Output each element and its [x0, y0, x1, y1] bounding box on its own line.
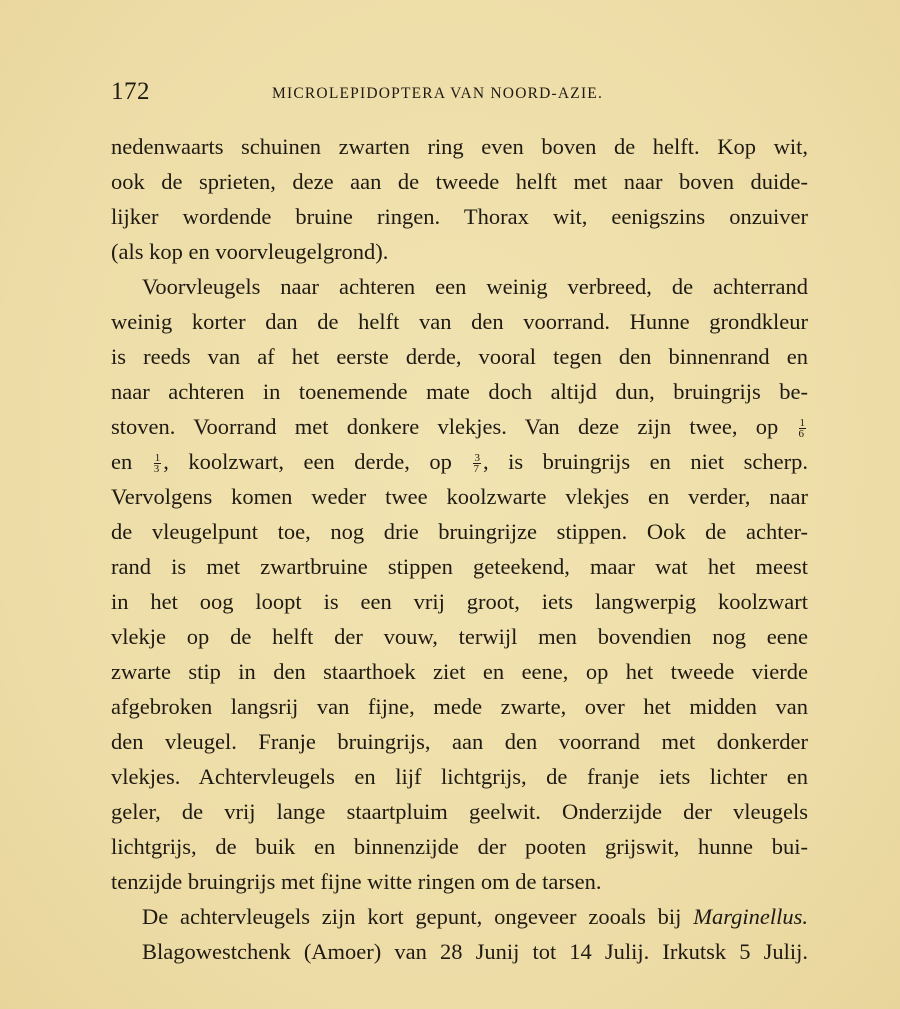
text-segment: en [111, 449, 132, 474]
fraction-denominator: 7 [473, 464, 481, 474]
text-line: De achtervleugels zijn kort gepunt, onge… [111, 899, 808, 934]
species-name: Marginellus. [693, 904, 808, 929]
text-line: naar achteren in toenemende mate doch al… [111, 374, 808, 409]
text-segment: De achtervleugels zijn kort gepunt, onge… [142, 904, 681, 929]
text-line: weinig korter dan de helft van den voorr… [111, 304, 808, 339]
running-title: MICROLEPIDOPTERA VAN NOORD-AZIE. [272, 85, 603, 103]
page-number: 172 [111, 78, 150, 106]
text-segment: , is bruingrijs en niet scherp. [483, 449, 808, 474]
fraction: 16 [799, 418, 807, 439]
fraction-denominator: 6 [799, 429, 807, 439]
text-line: zwarte stip in den staarthoek ziet en ee… [111, 654, 808, 689]
text-line: geler, de vrij lange staartpluim geelwit… [111, 794, 808, 829]
text-line-with-fractions: en 13, koolzwart, een derde, op 37, is b… [111, 444, 808, 479]
text-line: nedenwaarts schuinen zwarten ring even b… [111, 129, 808, 164]
text-line: is reeds van af het eerste derde, vooral… [111, 339, 808, 374]
fraction-denominator: 3 [154, 464, 162, 474]
text-line: Voorvleugels naar achteren een weinig ve… [111, 269, 808, 304]
fraction: 37 [473, 453, 481, 474]
text-line: in het oog loopt is een vrij groot, iets… [111, 584, 808, 619]
text-line: Vervolgens komen weder twee koolzwarte v… [111, 479, 808, 514]
locality-line: Blagowestchenk (Amoer) van 28 Junij tot … [111, 934, 808, 969]
text-line: ook de sprieten, deze aan de tweede helf… [111, 164, 808, 199]
text-line: de vleugelpunt toe, nog drie bruingrijze… [111, 514, 808, 549]
text-line: rand is met zwartbruine stippen geteeken… [111, 549, 808, 584]
fraction: 13 [154, 453, 162, 474]
text-line: tenzijde bruingrijs met fijne witte ring… [111, 864, 808, 899]
text-line-with-fraction: stoven. Voorrand met donkere vlekjes. Va… [111, 409, 808, 444]
text-line: lijker wordende bruine ringen. Thorax wi… [111, 199, 808, 234]
page-header: 172 MICROLEPIDOPTERA VAN NOORD-AZIE. [111, 78, 811, 108]
text-line: afgebroken langsrij van fijne, mede zwar… [111, 689, 808, 724]
book-page: 172 MICROLEPIDOPTERA VAN NOORD-AZIE. ned… [0, 0, 900, 1009]
text-line: vlekje op de helft der vouw, terwijl men… [111, 619, 808, 654]
text-segment: , koolzwart, een derde, op [163, 449, 452, 474]
body-text: nedenwaarts schuinen zwarten ring even b… [111, 129, 808, 969]
text-line: vlekjes. Achtervleugels en lijf lichtgri… [111, 759, 808, 794]
text-segment: stoven. Voorrand met donkere vlekjes. Va… [111, 414, 778, 439]
text-line: den vleugel. Franje bruingrijs, aan den … [111, 724, 808, 759]
text-line: (als kop en voorvleugelgrond). [111, 234, 808, 269]
text-line: lichtgrijs, de buik en binnenzijde der p… [111, 829, 808, 864]
